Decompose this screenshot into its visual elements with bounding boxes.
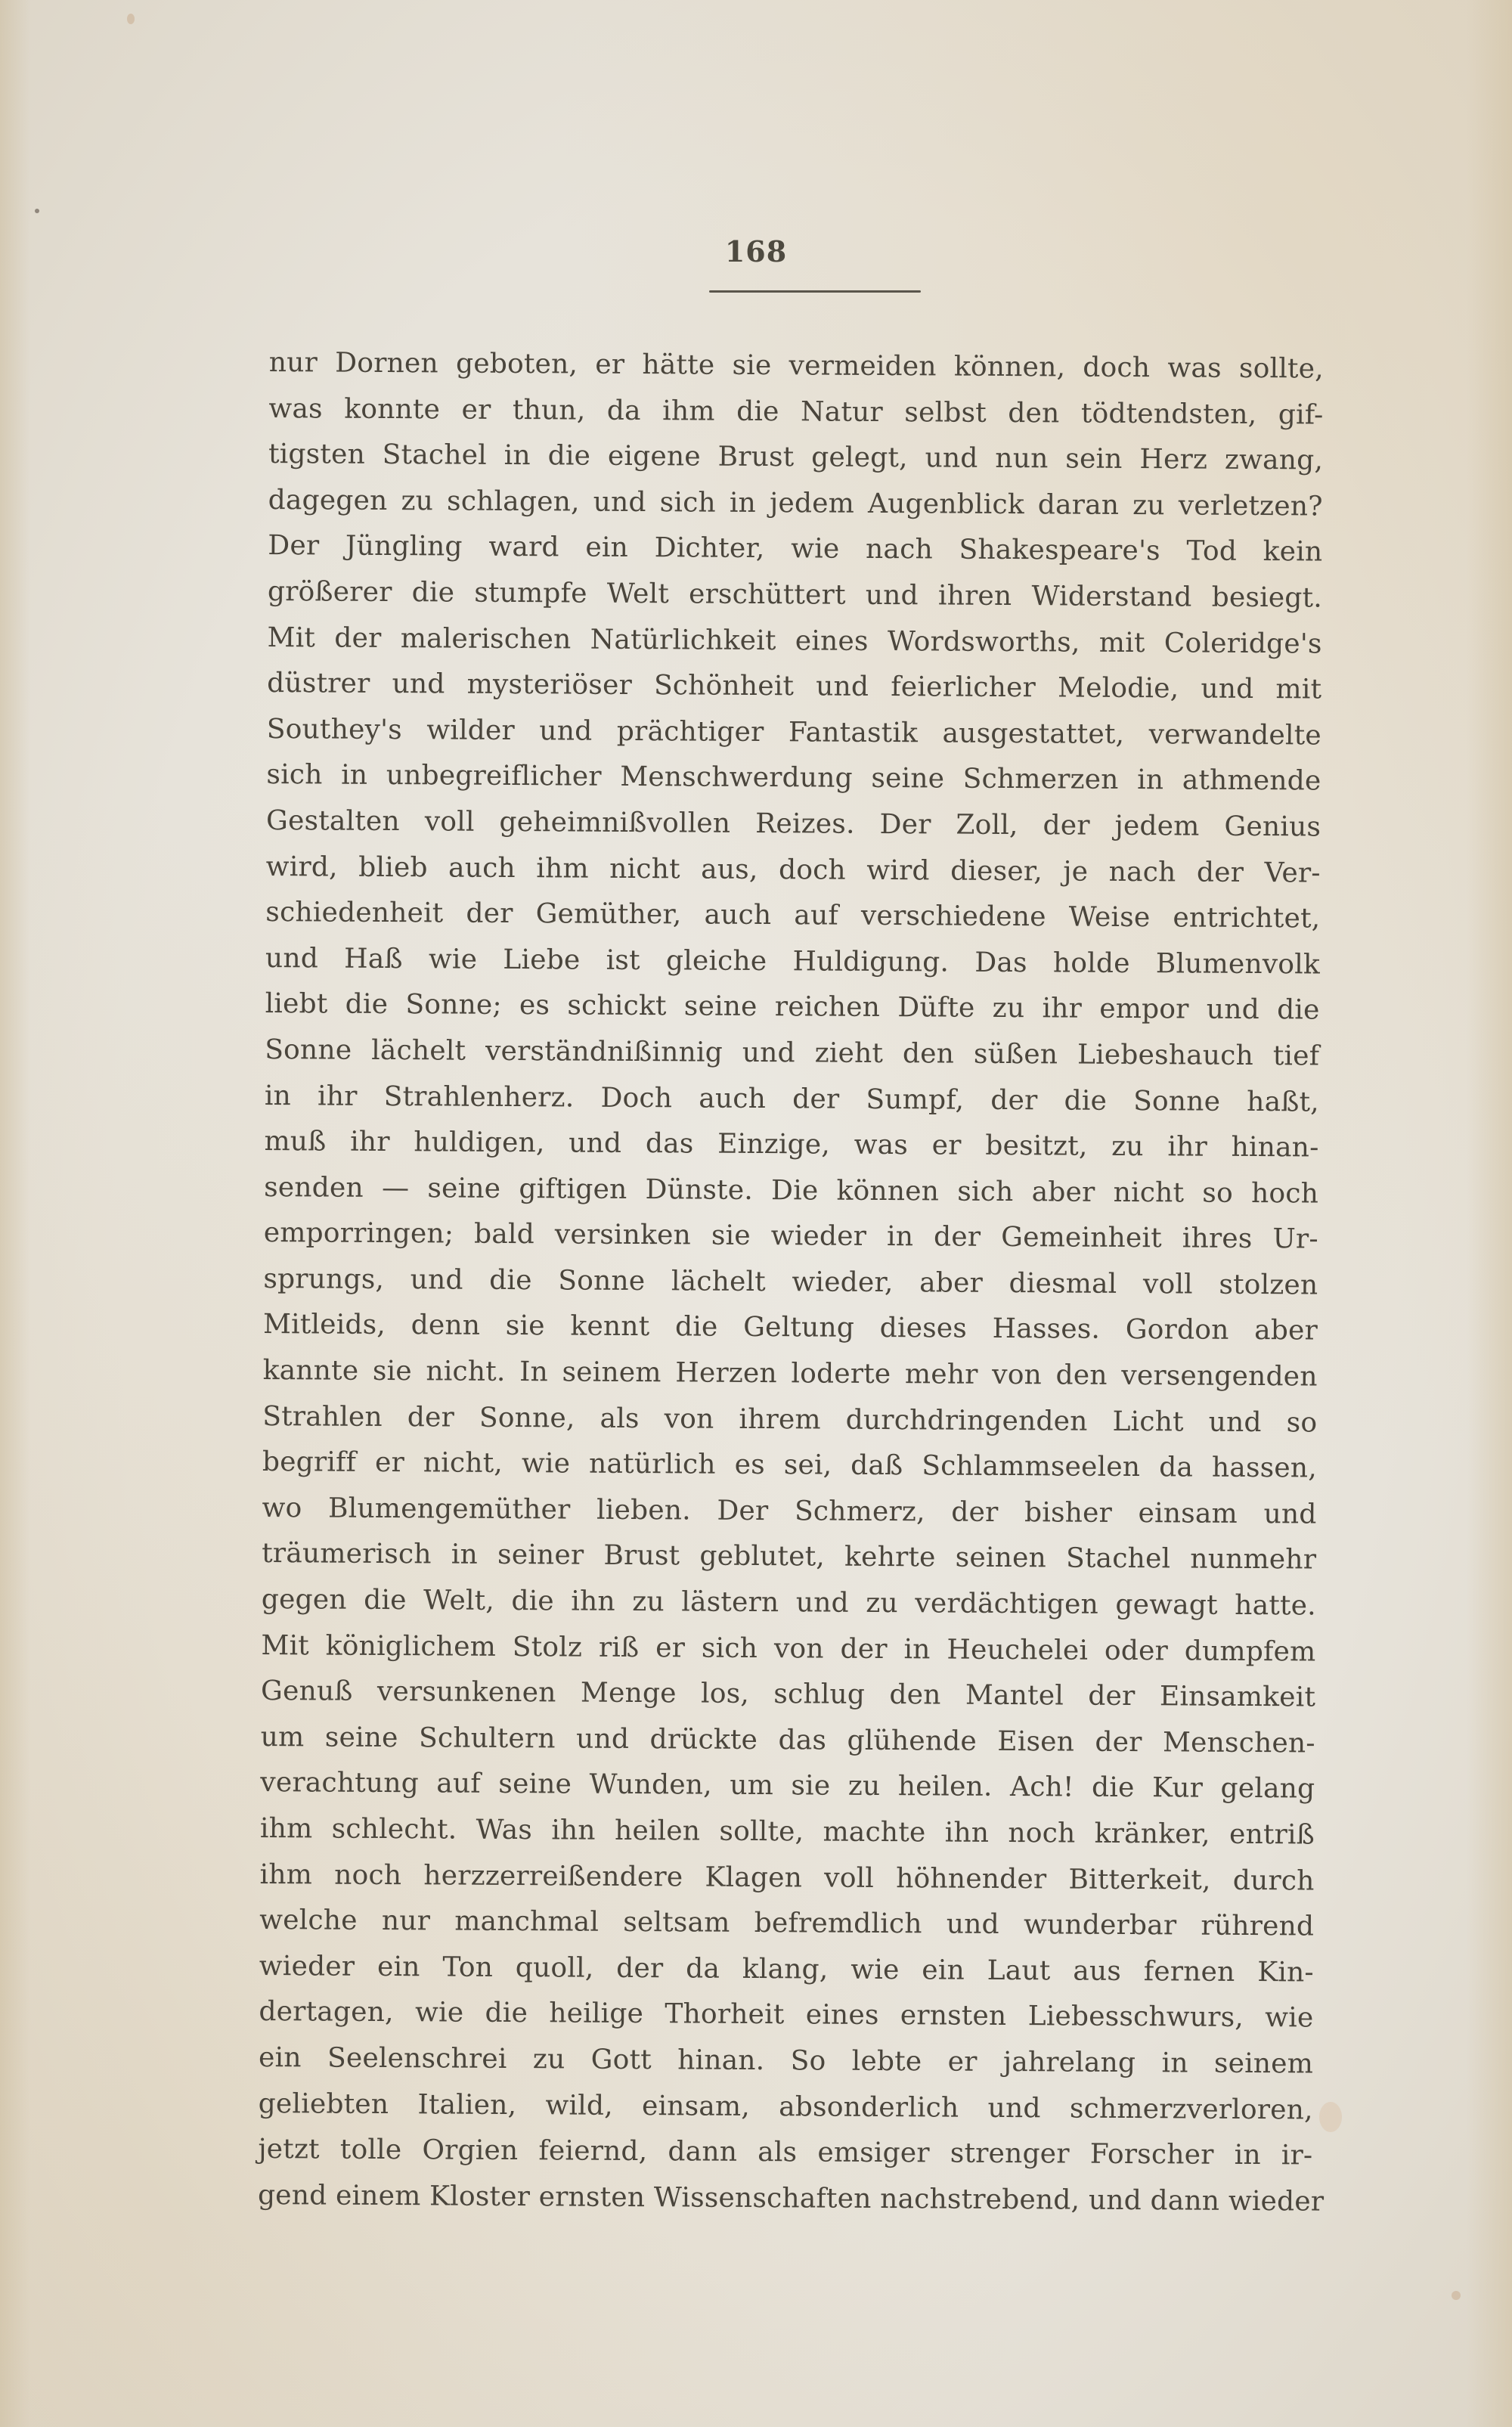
text-line: sprungs, und die Sonne lächelt wieder, a… xyxy=(263,1257,1318,1309)
text-line: Mit königlichem Stolz riß er sich von de… xyxy=(261,1623,1315,1675)
text-line: düstrer und mysteriöser Schönheit und fe… xyxy=(267,661,1321,713)
text-line: Sonne lächelt verständnißinnig und zieht… xyxy=(265,1028,1319,1080)
text-line: Genuß versunkenen Menge los, schlug den … xyxy=(261,1669,1315,1721)
text-line: liebt die Sonne; es schickt seine reiche… xyxy=(265,981,1319,1034)
text-line: emporringen; bald versinken sie wieder i… xyxy=(264,1210,1318,1263)
text-line: sich in unbegreiflicher Menschwerdung se… xyxy=(266,752,1321,804)
text-line: größerer die stumpfe Welt erschüttert un… xyxy=(268,569,1322,621)
text-line: begriff er nicht, wie natürlich es sei, … xyxy=(262,1440,1317,1492)
text-line: wird, blieb auch ihm nicht aus, doch wir… xyxy=(266,845,1321,897)
text-line: Strahlen der Sonne, als von ihrem durchd… xyxy=(262,1394,1317,1446)
text-line: gend einem Kloster ernsten Wissenschafte… xyxy=(258,2173,1312,2225)
text-line: Mit der malerischen Natürlichkeit eines … xyxy=(267,615,1321,668)
text-line: senden — seine giftigen Dünste. Die könn… xyxy=(264,1165,1318,1217)
text-line: wo Blumengemüther lieben. Der Schmerz, d… xyxy=(262,1486,1316,1538)
text-line: Gestalten voll geheimnißvollen Reizes. D… xyxy=(266,798,1321,851)
text-line: gegen die Welt, die ihn zu lästern und z… xyxy=(262,1577,1316,1629)
text-line: kannte sie nicht. In seinem Herzen loder… xyxy=(262,1348,1317,1400)
text-line: dagegen zu schlagen, und sich in jedem A… xyxy=(268,478,1323,530)
foxing-spot xyxy=(1319,2102,1342,2132)
page-number: 168 xyxy=(0,234,1512,268)
text-line: Der Jüngling ward ein Dichter, wie nach … xyxy=(268,523,1322,575)
text-line: wieder ein Ton quoll, der da klang, wie … xyxy=(259,1944,1314,1996)
text-line: Southey's wilder und prächtiger Fantasti… xyxy=(267,707,1321,759)
text-line: jetzt tolle Orgien feiernd, dann als ems… xyxy=(258,2127,1312,2179)
foxing-spot xyxy=(127,14,135,24)
text-line: nur Dornen geboten, er hätte sie vermeid… xyxy=(269,340,1324,392)
text-line: was konnte er thun, da ihm die Natur sel… xyxy=(268,386,1323,439)
text-line: ein Seelenschrei zu Gott hinan. So lebte… xyxy=(259,2035,1313,2088)
text-line: um seine Schultern und drückte das glühe… xyxy=(261,1715,1315,1767)
text-line: muß ihr huldigen, und das Einzige, was e… xyxy=(264,1119,1318,1171)
foxing-spot xyxy=(35,209,39,213)
text-line: träumerisch in seiner Brust geblutet, ke… xyxy=(262,1531,1316,1583)
text-line: ihm schlecht. Was ihn heilen sollte, mac… xyxy=(260,1806,1315,1858)
text-line: verachtung auf seine Wunden, um sie zu h… xyxy=(260,1760,1315,1812)
text-line: tigsten Stachel in die eigene Brust gele… xyxy=(268,432,1323,484)
text-line: schiedenheit der Gemüther, auch auf vers… xyxy=(265,890,1320,942)
page-edge-shadow-left xyxy=(0,0,30,2427)
text-line: welche nur manchmal seltsam befremdlich … xyxy=(259,1898,1314,1950)
text-line: Mitleids, denn sie kennt die Geltung die… xyxy=(263,1302,1318,1354)
text-line: und Haß wie Liebe ist gleiche Huldigung.… xyxy=(265,936,1320,988)
foxing-spot xyxy=(1452,2291,1461,2300)
page-edge-shadow-right xyxy=(1467,0,1512,2427)
text-line: ihm noch herzzerreißendere Klagen voll h… xyxy=(259,1852,1314,1905)
header-rule xyxy=(709,290,921,293)
text-line: geliebten Italien, wild, einsam, absonde… xyxy=(259,2081,1313,2134)
text-line: in ihr Strahlenherz. Doch auch der Sumpf… xyxy=(265,1073,1319,1125)
text-line: dertagen, wie die heilige Thorheit eines… xyxy=(259,1989,1313,2041)
book-page: 168 nur Dornen geboten, er hätte sie ver… xyxy=(0,0,1512,2427)
body-text: nur Dornen geboten, er hätte sie vermeid… xyxy=(258,340,1324,2225)
